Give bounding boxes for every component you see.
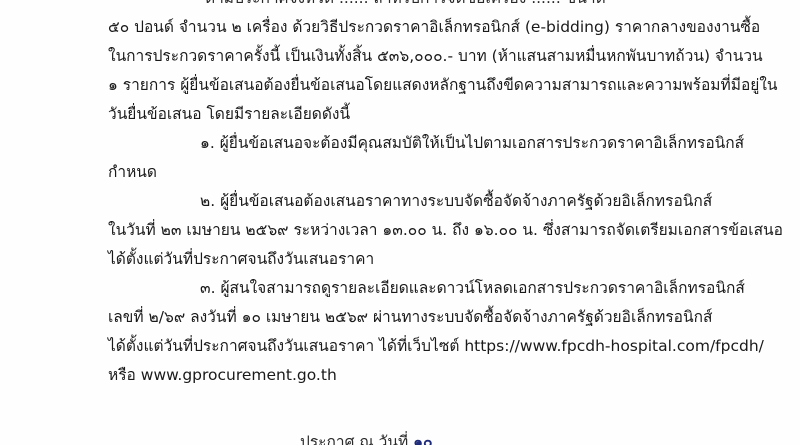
handwritten-date: ๑๐: [413, 433, 432, 445]
announcement-date-line: ประกาศ ณ วันที่ ๑๐: [300, 432, 432, 445]
item-3-line-4: หรือ www.gprocurement.go.th: [108, 365, 337, 385]
document-page: ตามประกาศจังหวัด ...... สำหรับการจัดซื้อ…: [0, 0, 800, 445]
item-2-line-1: ๒. ผู้ยื่นข้อเสนอต้องเสนอราคาทางระบบจัดซ…: [200, 191, 712, 211]
item-2-line-2: ในวันที่ ๒๓ เมษายน ๒๕๖๙ ระหว่างเวลา ๑๓.๐…: [108, 220, 783, 240]
item-1-line-2: กำหนด: [108, 162, 157, 182]
announcement-date-prefix: ประกาศ ณ วันที่: [300, 433, 408, 445]
item-2-line-3: ได้ตั้งแต่วันที่ประกาศจนถึงวันเสนอราคา: [108, 249, 374, 269]
intro-line-1: ๕๐ ปอนด์ จำนวน ๒ เครื่อง ด้วยวิธีประกวดร…: [108, 17, 760, 37]
clipped-top-line: ตามประกาศจังหวัด ...... สำหรับการจัดซื้อ…: [205, 0, 606, 8]
item-3-line-3: ได้ตั้งแต่วันที่ประกาศจนถึงวันเสนอราคา ไ…: [108, 336, 764, 356]
intro-line-3: ๑ รายการ ผู้ยื่นข้อเสนอต้องยื่นข้อเสนอโด…: [108, 75, 778, 95]
intro-line-2: ในการประกวดราคาครั้งนี้ เป็นเงินทั้งสิ้น…: [108, 46, 763, 66]
item-3-line-2: เลขที่ ๒/๖๙ ลงวันที่ ๑๐ เมษายน ๒๕๖๙ ผ่าน…: [108, 307, 712, 327]
item-3-line-1: ๓. ผู้สนใจสามารถดูรายละเอียดและดาวน์โหลด…: [200, 278, 745, 298]
item-1-line-1: ๑. ผู้ยื่นข้อเสนอจะต้องมีคุณสมบัติให้เป็…: [200, 133, 744, 153]
intro-line-4: วันยื่นข้อเสนอ โดยมีรายละเอียดดังนี้: [108, 104, 350, 124]
